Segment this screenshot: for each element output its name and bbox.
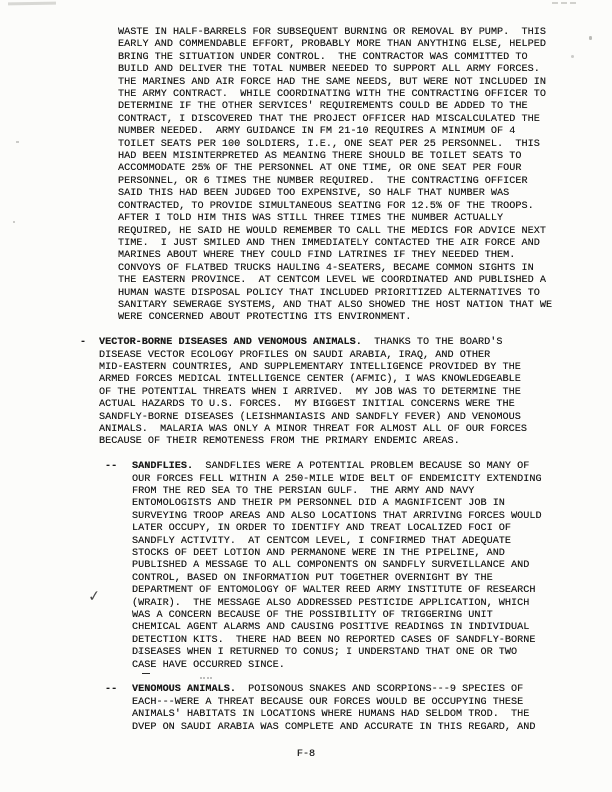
heading-line-rest: THANKS TO THE BOARD'S	[362, 337, 503, 348]
text-line: MID-EASTERN COUNTRIES, AND SUPPLEMENTARY…	[99, 362, 612, 374]
text-line: CONTROL, BASED ON INFORMATION PUT TOGETH…	[132, 573, 612, 585]
text-line: (WRAIR). THE MESSAGE ALSO ADDRESSED PEST…	[132, 598, 612, 610]
pencil-underline-annotation	[142, 673, 150, 674]
page-number: F-8	[0, 749, 612, 761]
text-line: PUBLISHED A MESSAGE TO ALL COMPONENTS ON…	[132, 560, 612, 572]
text-line: EARLY AND COMMENDABLE EFFORT, PROBABLY M…	[118, 39, 612, 51]
bullet-dash: -	[80, 337, 86, 349]
text-line: TIME. I JUST SMILED AND THEN IMMEDIATELY…	[118, 238, 612, 250]
text-line: SANITARY SEWERAGE SYSTEMS, AND THAT ALSO…	[118, 300, 612, 312]
text-line: SANDFLY-BORNE DISEASES (LEISHMANIASIS AN…	[99, 412, 612, 424]
pencil-dots-annotation	[200, 677, 212, 681]
text-line: HUMAN WASTE DISPOSAL POLICY THAT INCLUDE…	[118, 288, 612, 300]
text-line: VECTOR-BORNE DISEASES AND VENOMOUS ANIMA…	[99, 337, 612, 349]
text-line: SANDFLY ACTIVITY. AT CENTCOM LEVEL, I CO…	[132, 536, 612, 548]
text-line: BUILD AND DELIVER THE TOTAL NUMBER NEEDE…	[118, 64, 612, 76]
text-line: MARINES ABOUT WHERE THEY COULD FIND LATR…	[118, 250, 612, 262]
text-line: ACTUAL HAZARDS TO U.S. FORCES. MY BIGGES…	[99, 399, 612, 411]
text-line: VENOMOUS ANIMALS. POISONOUS SNAKES AND S…	[132, 684, 612, 696]
text-line: WERE CONCERNED ABOUT PROTECTING ITS ENVI…	[118, 312, 612, 324]
text-line: ANIMALS. MALARIA WAS ONLY A MINOR THREAT…	[99, 424, 612, 436]
text-line: CONTRACTED, TO PROVIDE SIMULTANEOUS SEAT…	[118, 201, 612, 213]
document-body: WASTE IN HALF-BARRELS FOR SUBSEQUENT BUR…	[0, 27, 612, 747]
text-line: WASTE IN HALF-BARRELS FOR SUBSEQUENT BUR…	[118, 27, 612, 39]
margin-checkmark-annotation: ✓	[87, 589, 101, 603]
text-line: DETECTION KITS. THERE HAD BEEN NO REPORT…	[132, 635, 612, 647]
scan-artifact-smudge	[552, 2, 576, 7]
section: --SANDFLIES. SANDFLIES WERE A POTENTIAL …	[0, 461, 612, 672]
text-line: OUR FORCES FELL WITHIN A 250-MILE WIDE B…	[132, 474, 612, 486]
section: --VENOMOUS ANIMALS. POISONOUS SNAKES AND…	[0, 684, 612, 734]
text-line: SURVEYING TROOP AREAS AND ALSO LOCATIONS…	[132, 511, 612, 523]
text-line: EACH---WERE A THREAT BECAUSE OUR FORCES …	[132, 697, 612, 709]
scan-artifact-smudge	[8, 2, 56, 6]
text-line: NUMBER NEEDED. ARMY GUIDANCE IN FM 21-10…	[118, 126, 612, 138]
text-line: DVEP ON SAUDI ARABIA WAS COMPLETE AND AC…	[132, 722, 612, 734]
section-heading: VECTOR-BORNE DISEASES AND VENOMOUS ANIMA…	[99, 337, 362, 348]
bullet-dash: --	[105, 461, 117, 473]
text-line: DISEASES WHEN I RETURNED TO CONUS; I UND…	[132, 647, 612, 659]
text-line: WAS A CONCERN BECAUSE OF THE POSSIBILITY…	[132, 610, 612, 622]
text-line: THE EASTERN PROVINCE. AT CENTCOM LEVEL W…	[118, 275, 612, 287]
text-line: TOILET SEATS PER 100 SOLDIERS, I.E., ONE…	[118, 139, 612, 151]
text-line: ANIMALS' HABITATS IN LOCATIONS WHERE HUM…	[132, 709, 612, 721]
text-line: DETERMINE IF THE OTHER SERVICES' REQUIRE…	[118, 101, 612, 113]
text-line: DEPARTMENT OF ENTOMOLOGY OF WALTER REED …	[132, 585, 612, 597]
text-line: BRING THE SITUATION UNDER CONTROL. THE C…	[118, 52, 612, 64]
text-line: HAD BEEN MISINTERPRETED AS MEANING THERE…	[118, 151, 612, 163]
section-heading: SANDFLIES.	[132, 461, 193, 472]
pencil-caret-annotation: ´	[134, 651, 142, 664]
text-line: CONTRACT, I DISCOVERED THAT THE PROJECT …	[118, 114, 612, 126]
text-line: CONVOYS OF FLATBED TRUCKS HAULING 4-SEAT…	[118, 263, 612, 275]
text-line: THE MARINES AND AIR FORCE HAD THE SAME N…	[118, 77, 612, 89]
section: -VECTOR-BORNE DISEASES AND VENOMOUS ANIM…	[0, 337, 612, 449]
text-line: CASE HAVE OCCURRED SINCE.	[132, 660, 612, 672]
section-heading: VENOMOUS ANIMALS.	[132, 684, 236, 695]
bullet-dash: --	[105, 684, 117, 696]
text-line: SAID THIS HAD BEEN JUDGED TOO EXPENSIVE,…	[118, 188, 612, 200]
text-line: FROM THE RED SEA TO THE PERSIAN GULF. TH…	[132, 486, 612, 498]
section: WASTE IN HALF-BARRELS FOR SUBSEQUENT BUR…	[0, 27, 612, 325]
scanned-document-page: WASTE IN HALF-BARRELS FOR SUBSEQUENT BUR…	[0, 0, 612, 792]
text-line: THE ARMY CONTRACT. WHILE COORDINATING WI…	[118, 89, 612, 101]
text-line: STOCKS OF DEET LOTION AND PERMANONE WERE…	[132, 548, 612, 560]
text-line: BECAUSE OF THEIR REMOTENESS FROM THE PRI…	[99, 436, 612, 448]
text-line: SANDFLIES. SANDFLIES WERE A POTENTIAL PR…	[132, 461, 612, 473]
heading-line-rest: POISONOUS SNAKES AND SCORPIONS---9 SPECI…	[236, 684, 523, 695]
text-line: CHEMICAL AGENT ALARMS AND CAUSING POSITI…	[132, 622, 612, 634]
text-line: OF THE POTENTIAL THREATS WHEN I ARRIVED.…	[99, 387, 612, 399]
text-line: PERSONNEL, OR 6 TIMES THE NUMBER REQUIRE…	[118, 176, 612, 188]
text-line: ACCOMMODATE 25% OF THE PERSONNEL AT ONE …	[118, 163, 612, 175]
text-line: ENTOMOLOGISTS AND THEIR PM PERSONNEL DID…	[132, 498, 612, 510]
text-line: ARMED FORCES MEDICAL INTELLIGENCE CENTER…	[99, 374, 612, 386]
text-line: REQUIRED, HE SAID HE WOULD REMEMBER TO C…	[118, 226, 612, 238]
text-line: AFTER I TOLD HIM THIS WAS STILL THREE TI…	[118, 213, 612, 225]
heading-line-rest: SANDFLIES WERE A POTENTIAL PROBLEM BECAU…	[193, 461, 529, 472]
text-line: LATER OCCUPY, IN ORDER TO IDENTIFY AND T…	[132, 523, 612, 535]
text-line: DISEASE VECTOR ECOLOGY PROFILES ON SAUDI…	[99, 350, 612, 362]
